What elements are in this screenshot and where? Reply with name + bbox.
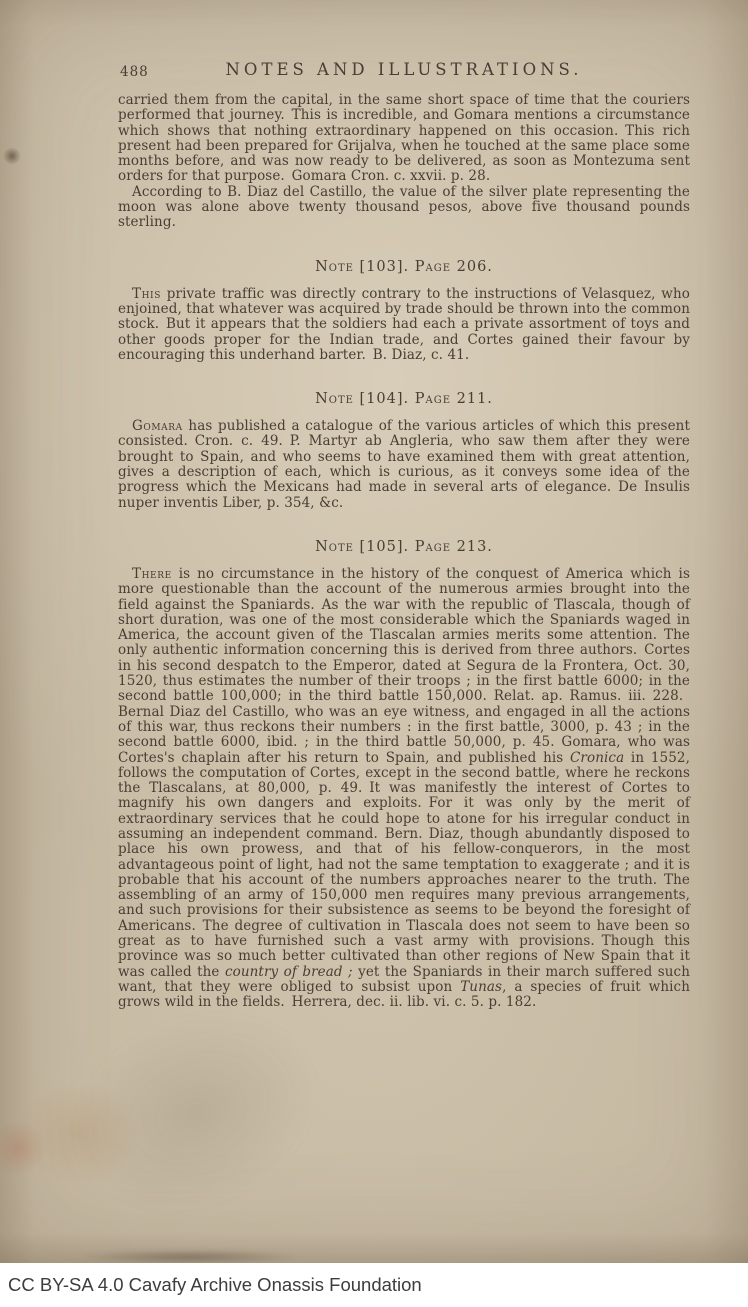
page-number: 488 (120, 64, 149, 80)
text-column: 488 NOTES AND ILLUSTRATIONS. carried the… (118, 60, 690, 1011)
notes-text-body: carried them from the capital, in the sa… (118, 93, 690, 1011)
license-bar: CC BY-SA 4.0 Cavafy Archive Onassis Foun… (0, 1263, 748, 1307)
note-heading: Note [104]. Page 211. (118, 391, 690, 407)
intro-paragraph: According to B. Diaz del Castillo, the v… (118, 185, 690, 231)
small-caps-lead: This (132, 286, 161, 302)
text-segment: private traffic was directly contrary to… (118, 286, 690, 363)
note-heading: Note [103]. Page 206. (118, 259, 690, 275)
note-paragraph: Gomara has published a catalogue of the … (118, 419, 690, 511)
page-scan: 488 NOTES AND ILLUSTRATIONS. carried the… (0, 0, 748, 1263)
note-paragraph: This private traffic was directly contra… (118, 287, 690, 363)
paper-stain-smudge (32, 969, 357, 1256)
paper-stain-red (0, 1120, 46, 1176)
text-segment: is no circumstance in the history of the… (118, 566, 690, 766)
paper-stain-blotch (14, 1082, 144, 1186)
text-segment: in 1552, follows the computation of Cort… (118, 750, 690, 980)
italic-text-segment: Cronica (570, 750, 624, 766)
page-header: 488 NOTES AND ILLUSTRATIONS. (118, 60, 690, 81)
note-heading: Note [105]. Page 213. (118, 539, 690, 555)
scanned-book-page: 488 NOTES AND ILLUSTRATIONS. carried the… (0, 0, 748, 1307)
italic-text-segment: country of bread ; (225, 964, 353, 980)
note-section: Note [105]. Page 213.There is no circums… (118, 539, 690, 1011)
running-head: NOTES AND ILLUSTRATIONS. (118, 60, 690, 79)
paper-stain-dot (3, 147, 21, 165)
note-section: Note [103]. Page 206.This private traffi… (118, 259, 690, 363)
text-segment: According to B. Diaz del Castillo, the v… (118, 184, 690, 231)
small-caps-lead: Gomara (132, 418, 183, 434)
note-paragraph: There is no circumstance in the history … (118, 567, 690, 1011)
text-segment: has published a catalogue of the various… (118, 418, 690, 510)
paper-bottom-edge-mark (84, 1250, 294, 1264)
italic-text-segment: Tunas (460, 979, 502, 995)
intro-paragraph: carried them from the capital, in the sa… (118, 93, 690, 185)
license-text: CC BY-SA 4.0 Cavafy Archive Onassis Foun… (0, 1274, 422, 1296)
small-caps-lead: There (132, 566, 172, 582)
text-segment: carried them from the capital, in the sa… (118, 92, 690, 184)
note-section: Note [104]. Page 211.Gomara has publishe… (118, 391, 690, 511)
